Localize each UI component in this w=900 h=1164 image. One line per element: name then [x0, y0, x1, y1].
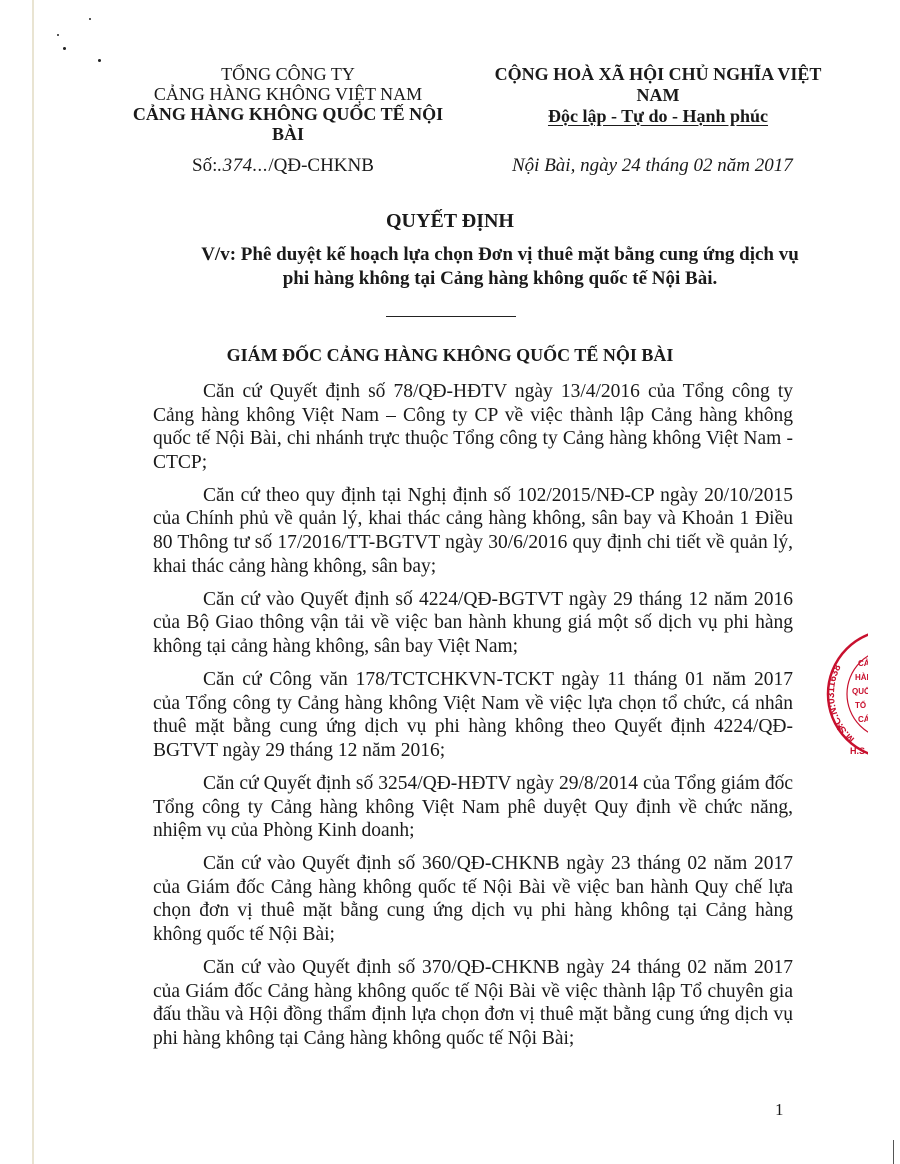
- legal-basis-paragraph: Căn cứ Quyết định số 3254/QĐ-HĐTV ngày 2…: [153, 772, 793, 843]
- scan-edge-right: [893, 1140, 894, 1164]
- svg-text:QUỐC: QUỐC: [852, 686, 868, 696]
- svg-text:H.S: H.S: [850, 746, 865, 756]
- scan-speck: [98, 59, 101, 62]
- document-number: Số:.374.../QĐ-CHKNB: [192, 155, 374, 177]
- org-parent-line2: CẢNG HÀNG KHÔNG VIỆT NAM: [118, 84, 458, 104]
- scan-speck: [57, 34, 59, 36]
- legal-basis-paragraph: Căn cứ vào Quyết định số 370/QĐ-CHKNB ng…: [153, 956, 793, 1050]
- page-number: 1: [775, 1100, 784, 1120]
- legal-basis-paragraph: Căn cứ vào Quyết định số 360/QĐ-CHKNB ng…: [153, 852, 793, 946]
- doc-number-value: .374...: [217, 155, 268, 176]
- document-date: Nội Bài, ngày 24 tháng 02 năm 2017: [512, 155, 793, 177]
- legal-basis-paragraph: Căn cứ Công văn 178/TCTCHKVN-TCKT ngày 1…: [153, 668, 793, 762]
- document-title: QUYẾT ĐỊNH: [0, 210, 900, 233]
- title-divider: [386, 316, 516, 317]
- scan-speck: [89, 18, 91, 20]
- issuing-authority: GIÁM ĐỐC CẢNG HÀNG KHÔNG QUỐC TẾ NỘI BÀI: [0, 345, 900, 366]
- national-header: CỘNG HOÀ XÃ HỘI CHỦ NGHĨA VIỆT NAM Độc l…: [472, 64, 844, 127]
- scan-edge: [32, 0, 34, 1164]
- issuing-organization: TỔNG CÔNG TY CẢNG HÀNG KHÔNG VIỆT NAM CẢ…: [118, 64, 458, 144]
- document-body: Căn cứ Quyết định số 78/QĐ-HĐTV ngày 13/…: [153, 380, 793, 1060]
- svg-text:HÀNG: HÀNG: [855, 673, 868, 682]
- org-name: CẢNG HÀNG KHÔNG QUỐC TẾ NỘI BÀI: [118, 104, 458, 144]
- legal-basis-paragraph: Căn cứ Quyết định số 78/QĐ-HĐTV ngày 13/…: [153, 380, 793, 474]
- legal-basis-paragraph: Căn cứ theo quy định tại Nghị định số 10…: [153, 484, 793, 578]
- country-name: CỘNG HOÀ XÃ HỘI CHỦ NGHĨA VIỆT NAM: [472, 64, 844, 106]
- scan-speck: [63, 47, 66, 50]
- legal-basis-paragraph: Căn cứ vào Quyết định số 4224/QĐ-BGTVT n…: [153, 588, 793, 659]
- svg-text:CẢ: CẢ: [858, 659, 868, 668]
- subject-line1: V/v: Phê duyệt kế hoạch lựa chọn Đơn vị …: [185, 243, 815, 267]
- org-parent-line1: TỔNG CÔNG TY: [118, 64, 458, 84]
- svg-text:CÁ: CÁ: [858, 715, 868, 724]
- official-seal-stamp: M.S.C.N:0311638 ★ CẢHÀNGQUỐCTỔCÁH.S: [822, 626, 868, 762]
- doc-number-suffix: /QĐ-CHKNB: [268, 155, 374, 176]
- subject-line2: phi hàng không tại Cảng hàng không quốc …: [185, 267, 815, 291]
- national-motto: Độc lập - Tự do - Hạnh phúc: [548, 106, 768, 126]
- svg-text:TỔ: TỔ: [855, 701, 866, 710]
- doc-number-prefix: Số:: [192, 155, 217, 176]
- svg-text:★: ★: [835, 723, 843, 733]
- document-subject: V/v: Phê duyệt kế hoạch lựa chọn Đơn vị …: [185, 243, 815, 291]
